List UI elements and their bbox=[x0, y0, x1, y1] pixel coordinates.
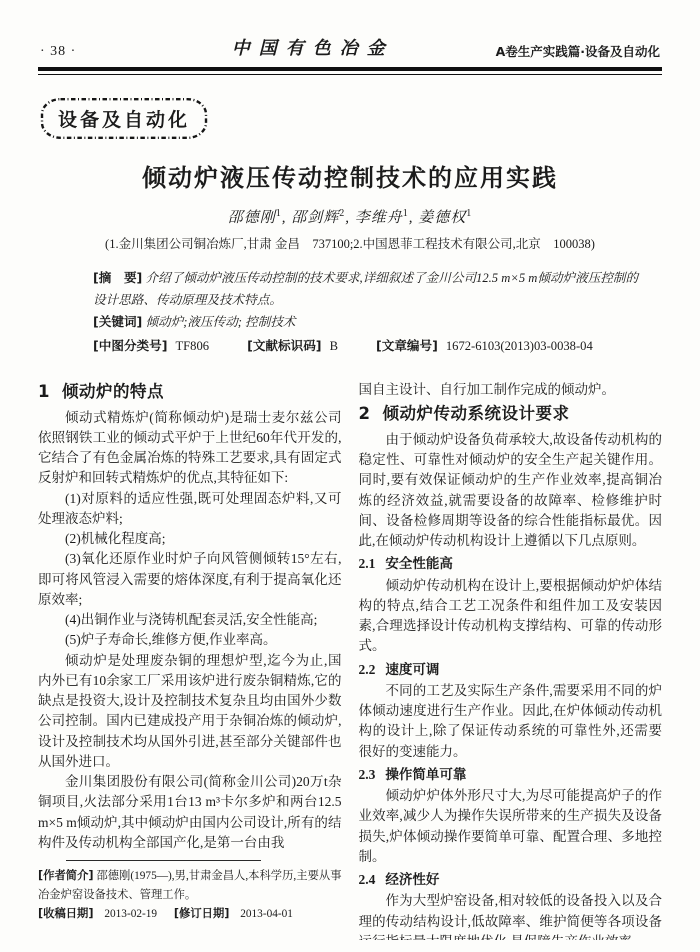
author-affil-sup: 1 bbox=[466, 208, 472, 219]
abstract-block: [摘 要] 介绍了倾动炉液压传动控制的技术要求,详细叙述了金川公司12.5 m×… bbox=[93, 267, 648, 311]
article-id-pair: [文章编号]1672-6103(2013)03-0038-04 bbox=[376, 335, 593, 358]
author-name: 姜德权 bbox=[418, 210, 466, 226]
author-separator: , bbox=[345, 210, 350, 226]
keywords-text: 倾动炉;液压传动; 控制技术 bbox=[145, 315, 295, 329]
subsection-2-4-title: 经济性好 bbox=[385, 872, 439, 888]
paragraph: 金川集团股份有限公司(简称金川公司)20万t杂铜项目,火法部分采用1台13 m³… bbox=[38, 772, 342, 853]
journal-title: 中国有色冶金 bbox=[232, 34, 394, 60]
right-column: 国自主设计、自行加工制作完成的倾动炉。 2倾动炉传动系统设计要求 由于倾动炉设备… bbox=[359, 380, 663, 940]
subsection-2-3-number: 2.3 bbox=[359, 767, 376, 782]
clc-label: [中图分类号] bbox=[93, 338, 167, 353]
author-separator: , bbox=[282, 210, 287, 226]
doc-code-value: B bbox=[330, 339, 338, 353]
section-1-number: 1 bbox=[38, 382, 50, 401]
doc-code-label: [文献标识码] bbox=[247, 338, 321, 353]
clc-pair: [中图分类号]TF806 bbox=[93, 335, 209, 358]
paragraph: 不同的工艺及实际生产条件,需要采用不同的炉体倾动速度进行生产作业。因此,在炉体倾… bbox=[359, 681, 663, 762]
section-2-heading: 2倾动炉传动系统设计要求 bbox=[359, 402, 663, 425]
codes-block: [中图分类号]TF806 [文献标识码]B [文章编号]1672-6103(20… bbox=[93, 335, 648, 358]
badge-label: 设备及自动化 bbox=[58, 109, 190, 131]
column-badge: 设备及自动化 bbox=[40, 97, 208, 140]
header-rule-thin bbox=[38, 74, 662, 76]
article-id-label: [文章编号] bbox=[376, 338, 438, 353]
section-1-heading: 1倾动炉的特点 bbox=[38, 380, 342, 403]
continuation-paragraph: 国自主设计、自行加工制作完成的倾动炉。 bbox=[359, 380, 663, 400]
subsection-2-1-title: 安全性能高 bbox=[385, 556, 453, 572]
subsection-2-3-heading: 2.3操作简单可靠 bbox=[359, 765, 663, 785]
subsection-2-1-number: 2.1 bbox=[359, 556, 376, 571]
journal-page: · 38 · 中国有色冶金 A卷生产实践篇·设备及自动化 设备及自动化 倾动炉液… bbox=[0, 0, 700, 952]
clc-value: TF806 bbox=[175, 339, 209, 353]
subsection-2-4-number: 2.4 bbox=[359, 872, 376, 887]
doc-code-pair: [文献标识码]B bbox=[247, 335, 338, 358]
section-2-title: 倾动炉传动系统设计要求 bbox=[382, 404, 569, 423]
subsection-2-2-title: 速度可调 bbox=[385, 662, 439, 678]
list-item: (1)对原料的适应性强,既可处理固态炉料,又可处理液态炉料; bbox=[38, 489, 342, 530]
keywords-block: [关键词] 倾动炉;液压传动; 控制技术 bbox=[93, 311, 648, 334]
subsection-2-2-heading: 2.2速度可调 bbox=[359, 660, 663, 680]
header-rule-thick bbox=[38, 67, 662, 71]
subsection-2-1-heading: 2.1安全性能高 bbox=[359, 554, 663, 574]
paragraph: 由于倾动炉设备负荷承较大,故设备传动机构的稳定性、可靠性对倾动炉的安全生产起关键… bbox=[359, 430, 663, 552]
author-name: 邵剑辉 bbox=[291, 210, 339, 226]
subsection-2-2-number: 2.2 bbox=[359, 662, 376, 677]
article-id-value: 1672-6103(2013)03-0038-04 bbox=[446, 339, 593, 353]
revised-date-label: [修订日期] bbox=[174, 907, 230, 920]
section-2-number: 2 bbox=[359, 404, 371, 423]
list-item: (5)炉子寿命长,维修方便,作业率高。 bbox=[38, 630, 342, 650]
paragraph: 作为大型炉窑设备,相对较低的设备投入以及合理的传动结构设计,低故障率、维护简便等… bbox=[359, 891, 663, 939]
author-bio-label: [作者简介] bbox=[38, 869, 94, 882]
received-date-label: [收稿日期] bbox=[38, 907, 94, 920]
section-1-title: 倾动炉的特点 bbox=[62, 382, 164, 401]
keywords-label: [关键词] bbox=[93, 314, 142, 329]
abstract-label: [摘 要] bbox=[93, 270, 142, 285]
left-column: 1倾动炉的特点 倾动式精炼炉(简称倾动炉)是瑞士麦尔兹公司依照钢铁工业的倾动式平… bbox=[38, 380, 342, 940]
footnote-block: [作者简介] 邵德刚(1975—),男,甘肃金昌人,本科学历,主要从事冶金炉窑设… bbox=[38, 860, 342, 939]
list-item: (4)出铜作业与浇铸机配套灵活,安全性能高; bbox=[38, 610, 342, 630]
article-meta: [摘 要] 介绍了倾动炉液压传动控制的技术要求,详细叙述了金川公司12.5 m×… bbox=[93, 267, 648, 358]
paragraph: 倾动炉是处理废杂铜的理想炉型,迄今为止,国内外已有10余家工厂采用该炉进行废杂铜… bbox=[38, 651, 342, 773]
received-date-value: 2013-02-19 bbox=[104, 908, 157, 920]
affiliation-line: (1.金川集团公司铜冶炼厂,甘肃 金昌 737100;2.中国恩菲工程技术有限公… bbox=[38, 234, 662, 252]
author-name: 李维舟 bbox=[355, 210, 403, 226]
author-line: 邵德刚1, 邵剑辉2, 李维舟1, 姜德权1 bbox=[38, 206, 662, 227]
list-item: (2)机械化程度高; bbox=[38, 529, 342, 549]
abstract-text: 介绍了倾动炉液压传动控制的技术要求,详细叙述了金川公司12.5 m×5 m倾动炉… bbox=[93, 271, 638, 307]
revised-date-value: 2013-04-01 bbox=[240, 908, 293, 920]
list-item: (3)氧化还原作业时炉子向风管侧倾转15°左右,即可将风管浸入需要的熔体深度,有… bbox=[38, 549, 342, 610]
author-bio: [作者简介] 邵德刚(1975—),男,甘肃金昌人,本科学历,主要从事冶金炉窑设… bbox=[38, 867, 342, 905]
edition-label: A卷生产实践篇·设备及自动化 bbox=[496, 42, 660, 60]
page-header: · 38 · 中国有色冶金 A卷生产实践篇·设备及自动化 bbox=[38, 34, 662, 75]
paragraph: 倾动炉传动机构在设计上,要根据倾动炉炉体结构的特点,结合工艺工况条件和组件加工及… bbox=[359, 576, 663, 657]
body-columns: 1倾动炉的特点 倾动式精炼炉(简称倾动炉)是瑞士麦尔兹公司依照钢铁工业的倾动式平… bbox=[38, 380, 662, 940]
subsection-2-4-heading: 2.4经济性好 bbox=[359, 870, 663, 890]
page-number: · 38 · bbox=[40, 44, 130, 60]
article-title: 倾动炉液压传动控制技术的应用实践 bbox=[38, 158, 662, 193]
paragraph: 倾动式精炼炉(简称倾动炉)是瑞士麦尔兹公司依照钢铁工业的倾动式平炉于上世纪60年… bbox=[38, 408, 342, 489]
author-name: 邵德刚 bbox=[228, 210, 276, 226]
author-separator: , bbox=[409, 210, 414, 226]
footnote-separator bbox=[66, 860, 261, 861]
dates-line: [收稿日期] 2013-02-19 [修订日期] 2013-04-01 bbox=[38, 905, 342, 924]
paragraph: 倾动炉炉体外形尺寸大,为尽可能提高炉子的作业效率,减少人为操作失误所带来的生产损… bbox=[359, 786, 663, 867]
subsection-2-3-title: 操作简单可靠 bbox=[385, 767, 466, 783]
